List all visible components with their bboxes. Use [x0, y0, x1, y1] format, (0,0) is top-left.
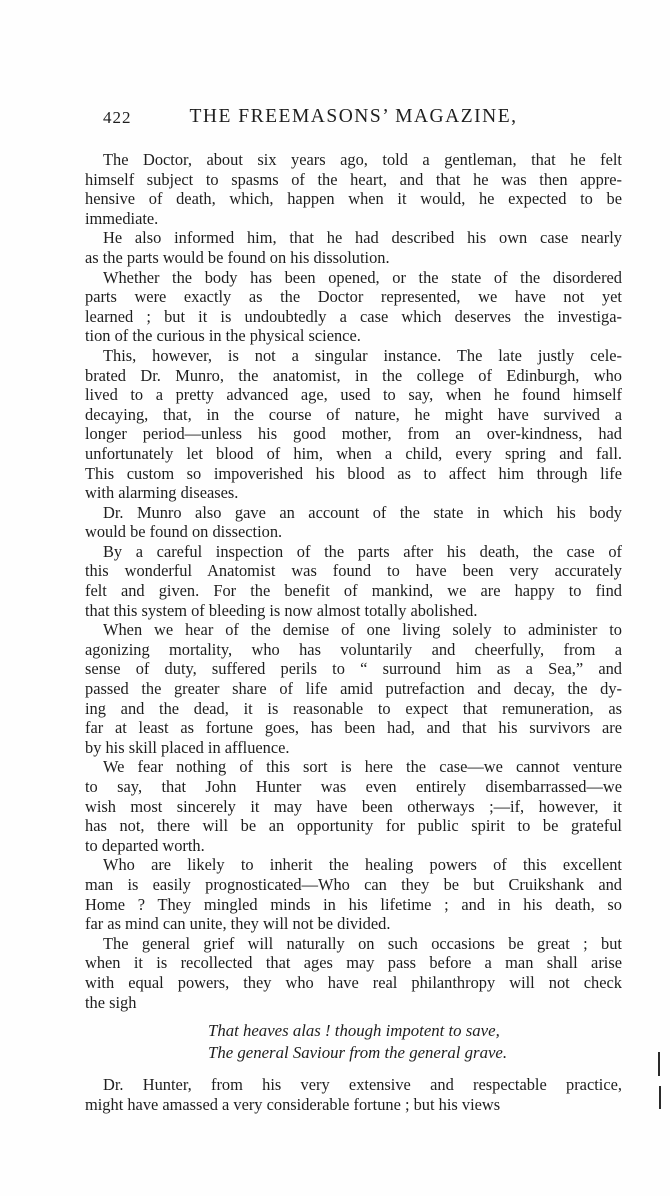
text-line: parts were exactly as the Doctor represe…	[85, 287, 622, 307]
paragraph: Whether the body has been opened, or the…	[85, 268, 622, 346]
paragraph: This, however, is not a singular instanc…	[85, 346, 622, 503]
scan-artifact-line	[658, 1052, 660, 1076]
text-line: to departed worth.	[85, 836, 622, 856]
text-line: Home ? They mingled minds in his lifetim…	[85, 895, 622, 915]
text-line: The Doctor, about six years ago, told a …	[85, 150, 622, 170]
text-line: the sigh	[85, 993, 622, 1013]
text-line: might have amassed a very considerable f…	[85, 1095, 622, 1115]
text-line: longer period—unless his good mother, fr…	[85, 424, 622, 444]
text-line: learned ; but it is undoubtedly a case w…	[85, 307, 622, 327]
text-line: Dr. Hunter, from his very extensive and …	[85, 1075, 622, 1095]
paragraph: The general grief will naturally on such…	[85, 934, 622, 1012]
text-line: ing and the dead, it is reasonable to ex…	[85, 699, 622, 719]
text-line: himself subject to spasms of the heart, …	[85, 170, 622, 190]
page-header: 422 THE FREEMASONS’ MAGAZINE,	[85, 106, 622, 130]
paragraph: Dr. Munro also gave an account of the st…	[85, 503, 622, 542]
paragraph: He also informed him, that he had descri…	[85, 228, 622, 267]
text-line: has not, there will be an opportunity fo…	[85, 816, 622, 836]
text-line: We fear nothing of this sort is here the…	[85, 757, 622, 777]
text-line: The general grief will naturally on such…	[85, 934, 622, 954]
text-line: by his skill placed in affluence.	[85, 738, 622, 758]
text-column: The Doctor, about six years ago, told a …	[85, 150, 622, 1114]
text-line: Who are likely to inherit the healing po…	[85, 855, 622, 875]
text-line: when it is recollected that ages may pas…	[85, 953, 622, 973]
verse-block: That heaves alas ! though impotent to sa…	[208, 1020, 622, 1064]
text-line: brated Dr. Munro, the anatomist, in the …	[85, 366, 622, 386]
page-number: 422	[103, 108, 132, 128]
text-line: agonizing mortality, who has voluntarily…	[85, 640, 622, 660]
text-line: tion of the curious in the physical scie…	[85, 326, 622, 346]
text-line: passed the greater share of life amid pu…	[85, 679, 622, 699]
text-line: immediate.	[85, 209, 622, 229]
text-line: to say, that John Hunter was even entire…	[85, 777, 622, 797]
text-line: He also informed him, that he had descri…	[85, 228, 622, 248]
text-line: with equal powers, they who have real ph…	[85, 973, 622, 993]
scanned-magazine-page: 422 THE FREEMASONS’ MAGAZINE, The Doctor…	[0, 0, 670, 1196]
paragraph: When we hear of the demise of one living…	[85, 620, 622, 757]
text-line: This custom so impoverished his blood as…	[85, 464, 622, 484]
scan-artifact-line	[659, 1086, 661, 1109]
text-line: Whether the body has been opened, or the…	[85, 268, 622, 288]
text-line: with alarming diseases.	[85, 483, 622, 503]
text-line: By a careful inspection of the parts aft…	[85, 542, 622, 562]
text-line: decaying, that, in the course of nature,…	[85, 405, 622, 425]
text-line: Dr. Munro also gave an account of the st…	[85, 503, 622, 523]
text-line: man is easily prognosticated—Who can the…	[85, 875, 622, 895]
paragraph: By a careful inspection of the parts aft…	[85, 542, 622, 620]
text-line: lived to a pretty advanced age, used to …	[85, 385, 622, 405]
text-line: unfortunately let blood of him, when a c…	[85, 444, 622, 464]
verse-line: That heaves alas ! though impotent to sa…	[208, 1020, 622, 1042]
text-line: would be found on dissection.	[85, 522, 622, 542]
text-line: When we hear of the demise of one living…	[85, 620, 622, 640]
text-line: hensive of death, which, happen when it …	[85, 189, 622, 209]
magazine-title: THE FREEMASONS’ MAGAZINE,	[85, 106, 622, 128]
text-line: as the parts would be found on his disso…	[85, 248, 622, 268]
text-line: that this system of bleeding is now almo…	[85, 601, 622, 621]
text-line: This, however, is not a singular instanc…	[85, 346, 622, 366]
text-line: sense of duty, suffered perils to “ surr…	[85, 659, 622, 679]
paragraph: Who are likely to inherit the healing po…	[85, 855, 622, 933]
paragraph: Dr. Hunter, from his very extensive and …	[85, 1075, 622, 1114]
paragraph: The Doctor, about six years ago, told a …	[85, 150, 622, 228]
verse-line: The general Saviour from the general gra…	[208, 1042, 622, 1064]
text-line: this wonderful Anatomist was found to ha…	[85, 561, 622, 581]
text-line: wish most sincerely it may have been oth…	[85, 797, 622, 817]
text-line: felt and given. For the benefit of manki…	[85, 581, 622, 601]
text-line: far as mind can unite, they will not be …	[85, 914, 622, 934]
text-line: far at least as fortune goes, has been h…	[85, 718, 622, 738]
paragraph: We fear nothing of this sort is here the…	[85, 757, 622, 855]
